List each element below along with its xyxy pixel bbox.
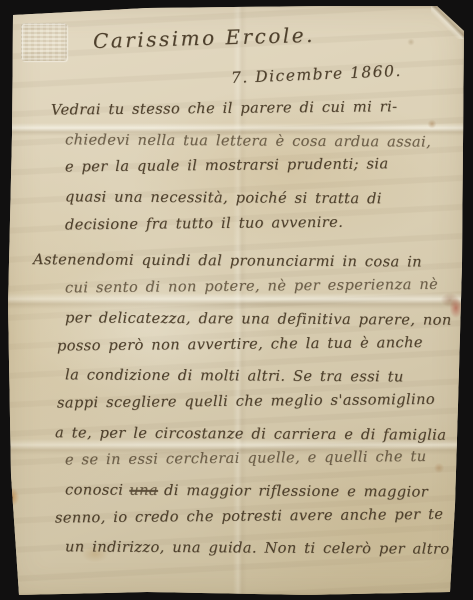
strike-line-pre: conosci <box>65 481 123 498</box>
struck-out-word: una <box>129 482 158 499</box>
letter-line: e se in essi cercherai quelle, e quelli … <box>7 448 465 481</box>
letter-body: Vedrai tu stesso che il parere di cui mi… <box>7 102 465 567</box>
strike-line-post: di maggior riflessione e maggior <box>164 482 428 501</box>
letter-photograph: Carissimo Ercole. 7. Dicembre 1860. Vedr… <box>0 0 473 600</box>
letter-paper: Carissimo Ercole. 7. Dicembre 1860. Vedr… <box>7 5 465 596</box>
letter-line: un indirizzo, una guida. Non ti celerò p… <box>7 538 465 569</box>
letter-line: Vedrai tu stesso che il parere di cui mi… <box>7 98 465 131</box>
letter-line: decisione fra tutto il tuo avvenire. <box>7 212 465 245</box>
letter-line: posso però non avvertire, che la tua è a… <box>7 333 465 366</box>
letter-line: senno, io credo che potresti avere anche… <box>7 505 465 538</box>
letter-line: cui sento di non potere, nè per esperien… <box>7 276 465 309</box>
folded-corner <box>431 5 465 39</box>
letter-line: e per la quale il mostrarsi prudenti; si… <box>7 155 465 188</box>
salutation: Carissimo Ercole. <box>93 23 316 53</box>
letter-line: sappi scegliere quelli che meglio s'asso… <box>7 390 465 423</box>
embossed-stamp-icon <box>21 23 67 61</box>
date-line: 7. Dicembre 1860. <box>231 62 403 87</box>
